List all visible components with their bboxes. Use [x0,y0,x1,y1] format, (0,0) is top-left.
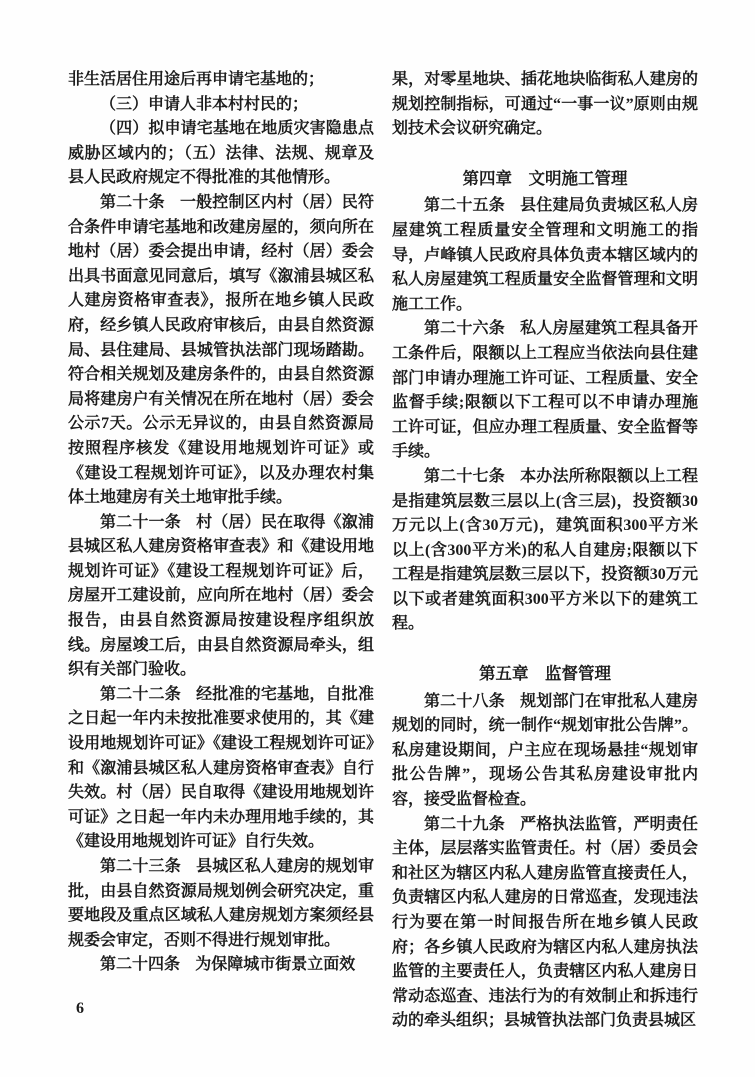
article-number: 第二十五条 [424,197,505,214]
page-content: 非生活居住用途后再申请宅基地的； （三）申请人非本村村民的； （四）拟申请宅基地… [68,68,698,1034]
column-right: 果，对零星地块、插花地块临街私人建房的规划控制指标，可通过“一事一议”原则由规划… [392,68,698,1034]
paragraph-text: 本办法所称限额以上工程是指建筑层数三层以上(含三层)，投资额30万元以上(含30… [392,468,698,633]
paragraph-text: 为保障城市街景立面效 [195,956,355,973]
paragraph: 第二十五条县住建局负责城区私人房屋建筑工程质量安全管理和文明施工的指导，卢峰镇人… [392,194,698,317]
paragraph-text: 私人房屋建筑工程具备开工条件后，限额以上工程应当依法向县住建部门申请办理施工许可… [392,320,698,460]
article-number: 第二十七条 [424,468,505,485]
paragraph: 非生活居住用途后再申请宅基地的； [68,68,374,93]
article-number: 第二十条 [100,194,165,211]
paragraph-text: 村（居）民在取得《溆浦县城区私人建房资格审查表》和《建设用地规划许可证》《建设工… [68,514,374,679]
paragraph: 第二十八条规划部门在审批私人建房规划的同时，统一制作“规划审批公告牌”。私房建设… [392,690,698,813]
paragraph: 第二十二条经批准的宅基地，自批准之日起一年内未按批准要求使用的，其《建设用地规划… [68,683,374,855]
document-page: 非生活居住用途后再申请宅基地的； （三）申请人非本村村民的； （四）拟申请宅基地… [0,0,755,1077]
article-number: 第二十四条 [100,956,180,973]
paragraph: 第二十三条县城区私人建房的规划审批，由县自然资源局规划例会研究决定，重要地段及重… [68,855,374,953]
article-number: 第二十一条 [100,514,181,531]
paragraph-text: 经批准的宅基地，自批准之日起一年内未按批准要求使用的，其《建设用地规划许可证》《… [68,686,374,851]
paragraph: 第二十四条为保障城市街景立面效 [68,953,374,978]
chapter-heading: 第四章 文明施工管理 [392,167,698,192]
paragraph: 第二十六条私人房屋建筑工程具备开工条件后，限额以上工程应当依法向县住建部门申请办… [392,317,698,465]
paragraph-text: 果，对零星地块、插花地块临街私人建房的规划控制指标，可通过“一事一议”原则由规划… [392,71,698,137]
paragraph: 第二十条一般控制区内村（居）民符合条件申请宅基地和改建房屋的，须向所在地村（居）… [68,191,374,511]
column-left: 非生活居住用途后再申请宅基地的； （三）申请人非本村村民的； （四）拟申请宅基地… [68,68,374,1034]
paragraph-text: 非生活居住用途后再申请宅基地的； [68,71,324,88]
article-number: 第二十六条 [424,320,505,337]
page-number: 6 [76,1000,84,1018]
paragraph: （四）拟申请宅基地在地质灾害隐患点威胁区域内的；（五）法律、法规、规章及县人民政… [68,117,374,191]
article-number: 第二十三条 [100,858,181,875]
paragraph: 第二十九条严格执法监管，严明责任主体，层层落实监管责任。村（居）委员会和社区为辖… [392,813,698,1034]
paragraph: 第二十七条本办法所称限额以上工程是指建筑层数三层以上(含三层)，投资额30万元以… [392,465,698,637]
paragraph: 第二十一条村（居）民在取得《溆浦县城区私人建房资格审查表》和《建设用地规划许可证… [68,511,374,683]
chapter-heading: 第五章 监督管理 [392,662,698,687]
paragraph-text: （四）拟申请宅基地在地质灾害隐患点威胁区域内的；（五）法律、法规、规章及县人民政… [68,120,374,186]
paragraph: （三）申请人非本村村民的； [68,93,374,118]
article-number: 第二十二条 [100,686,181,703]
paragraph-text: 一般控制区内村（居）民符合条件申请宅基地和改建房屋的，须向所在地村（居）委会提出… [68,194,374,506]
article-number: 第二十九条 [424,816,505,833]
paragraph: 果，对零星地块、插花地块临街私人建房的规划控制指标，可通过“一事一议”原则由规划… [392,68,698,142]
article-number: 第二十八条 [424,693,505,710]
paragraph-text: （三）申请人非本村村民的； [100,96,308,113]
paragraph-text: 县住建局负责城区私人房屋建筑工程质量安全管理和文明施工的指导，卢峰镇人民政府具体… [392,197,698,312]
paragraph-text: 严格执法监管，严明责任主体，层层落实监管责任。村（居）委员会和社区为辖区内私人建… [392,816,698,1030]
